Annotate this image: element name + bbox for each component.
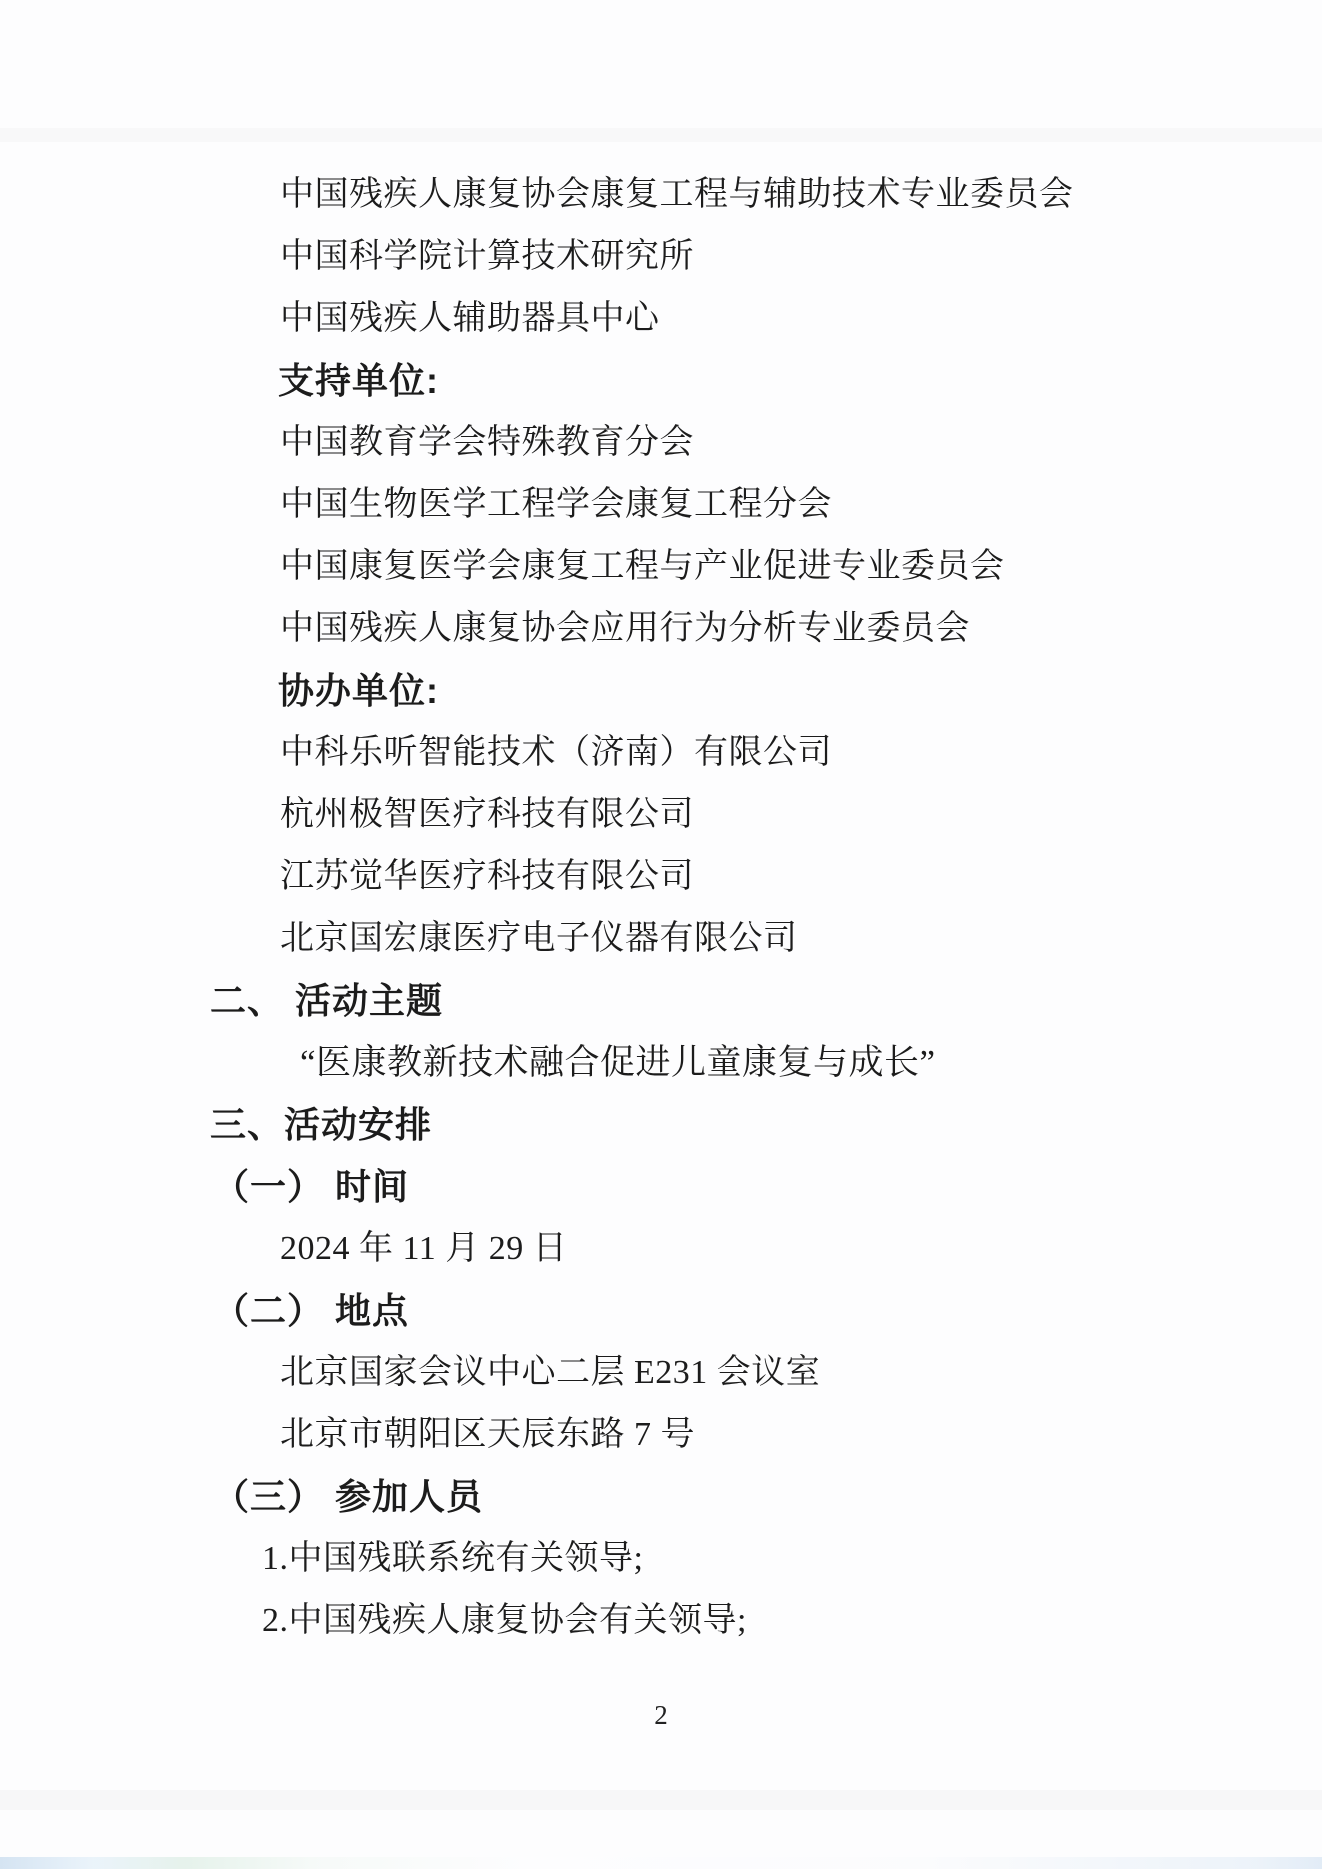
- list-item: 2.中国残疾人康复协会有关领导;: [262, 1590, 1322, 1652]
- organization-name-line: 江苏觉华医疗科技有限公司: [280, 846, 1322, 908]
- document-body: 中国残疾人康复协会康复工程与辅助技术专业委员会中国科学院计算技术研究所中国残疾人…: [0, 164, 1322, 1652]
- section-label: 支持单位:: [278, 350, 1322, 412]
- subsection-heading: （二） 地点: [213, 1280, 1322, 1342]
- theme-quote: “医康教新技术融合促进儿童康复与成长”: [300, 1032, 1322, 1094]
- organization-name-line: 中科乐听智能技术（济南）有限公司: [280, 722, 1322, 784]
- organization-name-line: 中国科学院计算技术研究所: [280, 226, 1322, 288]
- organization-name-line: 杭州极智医疗科技有限公司: [280, 784, 1322, 846]
- organization-name-line: 中国康复医学会康复工程与产业促进专业委员会: [280, 536, 1322, 598]
- scan-artifact-band: [0, 1790, 1322, 1810]
- section-label: 协办单位:: [278, 660, 1322, 722]
- organization-name-line: 中国残疾人辅助器具中心: [280, 288, 1322, 350]
- subsection-heading: （一） 时间: [213, 1156, 1322, 1218]
- document-page: 中国残疾人康复协会康复工程与辅助技术专业委员会中国科学院计算技术研究所中国残疾人…: [0, 0, 1322, 1869]
- organization-name-line: 中国生物医学工程学会康复工程分会: [280, 474, 1322, 536]
- section-heading: 三、活动安排: [210, 1094, 1322, 1156]
- organization-name-line: 北京国宏康医疗电子仪器有限公司: [280, 908, 1322, 970]
- scan-artifact-bottom: [0, 1857, 1322, 1869]
- page-number: 2: [0, 1695, 1322, 1735]
- organization-name-line: 中国教育学会特殊教育分会: [280, 412, 1322, 474]
- organization-name-line: 中国残疾人康复协会应用行为分析专业委员会: [280, 598, 1322, 660]
- list-item: 1.中国残联系统有关领导;: [262, 1528, 1322, 1590]
- subsection-heading: （三） 参加人员: [213, 1466, 1322, 1528]
- scan-artifact-band: [0, 128, 1322, 142]
- section-heading: 二、 活动主题: [210, 970, 1322, 1032]
- body-text-line: 北京国家会议中心二层 E231 会议室: [280, 1342, 1322, 1404]
- organization-name-line: 中国残疾人康复协会康复工程与辅助技术专业委员会: [280, 164, 1322, 226]
- body-text-line: 北京市朝阳区天辰东路 7 号: [280, 1404, 1322, 1466]
- body-text-line: 2024 年 11 月 29 日: [280, 1218, 1322, 1280]
